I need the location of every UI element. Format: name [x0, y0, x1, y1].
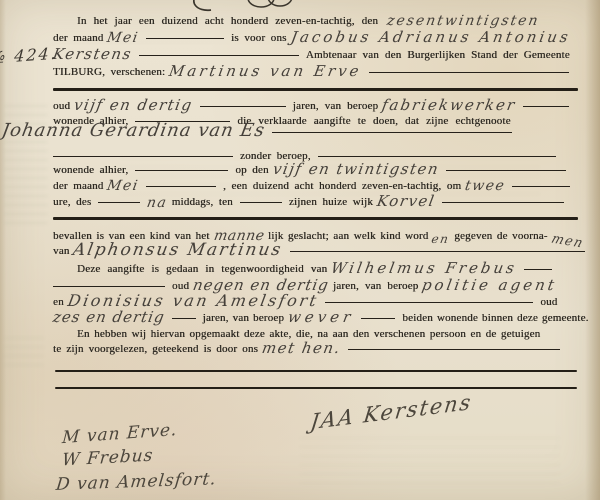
handwritten-witness2-name: Dionisius van Amelsfort	[67, 294, 320, 307]
handwritten-registrar-firstnames: Jacobus Adrianus Antonius	[289, 31, 571, 44]
section-rule-4	[55, 387, 577, 389]
printed-text: gegeven de voorna-	[454, 230, 547, 242]
handwritten-witness2-occupation: wever	[287, 311, 356, 324]
handwritten-met-hen: met hen.	[261, 342, 342, 355]
line-mother-name: Johanna Gerardina van Es	[2, 124, 515, 137]
line-time-place: ure, des na middags, ten zijnen huize wi…	[53, 194, 567, 209]
blank-rule	[53, 154, 233, 157]
blank-rule	[290, 249, 585, 252]
blank-rule	[348, 347, 560, 350]
line-child-name: van Alphonsus Martinus	[53, 243, 588, 258]
bleed-through-left	[4, 98, 48, 228]
printed-text: is voor ons	[231, 32, 286, 44]
handwritten-declarant-name: Martinus van Erve	[168, 65, 363, 78]
printed-text: lijk geslacht; aan welk kind word	[268, 230, 428, 242]
printed-text: middags, ten	[172, 196, 233, 208]
blank-rule	[98, 200, 140, 203]
blank-rule	[135, 168, 228, 171]
blank-rule	[139, 53, 299, 56]
line-witness1: Deze aangifte is gedaan in tegenwoordigh…	[77, 261, 555, 276]
handwritten-witness2-age: zes en dertig	[52, 311, 166, 324]
blank-rule	[200, 104, 286, 107]
printed-text: oud	[540, 296, 557, 308]
line-year-and-day: In het jaar een duizend acht honderd zev…	[77, 13, 540, 28]
blank-rule	[524, 267, 552, 270]
blank-rule	[446, 168, 566, 171]
printed-text: , een duizend acht honderd zeven-en-tach…	[223, 180, 461, 192]
handwritten-birth-month: Mei	[106, 180, 140, 193]
printed-text: jaren, van beroep	[203, 312, 284, 324]
line-witness2: en Dionisius van Amelsfort oud	[53, 294, 557, 309]
blank-rule	[146, 36, 224, 39]
printed-text: beiden wonende binnen deze gemeente.	[402, 312, 588, 324]
section-rule-3	[55, 370, 577, 372]
printed-text: Deze aangifte is gedaan in tegenwoordigh…	[77, 263, 327, 275]
line-registrar-title: Kerstens Ambtenaar van den Burgerlijken …	[53, 47, 570, 62]
blank-rule	[369, 70, 569, 73]
blank-rule	[361, 316, 395, 319]
printed-text: van	[53, 245, 69, 257]
signature-witness-3: D van Amelsfort.	[55, 469, 218, 495]
blank-rule	[325, 300, 533, 303]
printed-text: Ambtenaar van den Burgerlijken Stand der…	[306, 49, 570, 61]
bleed-through-left-2	[4, 330, 44, 370]
printed-text: wonende alhier,	[53, 164, 128, 176]
birth-certificate-scan: № 424. In het jaar een duizend acht hond…	[0, 0, 600, 500]
printed-text: ure, des	[53, 196, 91, 208]
printed-text: der maand	[53, 32, 103, 44]
signature-witness-declarant: M van Erve.	[61, 420, 178, 448]
bleed-through-bottom	[300, 430, 560, 490]
line-month-registrar: der maand Mei is voor ons Jacobus Adrian…	[53, 30, 570, 45]
blank-rule	[172, 316, 196, 319]
blank-rule	[512, 184, 570, 187]
blank-rule	[318, 154, 556, 157]
printed-text: jaren, van beroep	[293, 100, 378, 112]
handwritten-na: na	[146, 197, 169, 210]
blank-rule	[53, 284, 165, 287]
blank-rule	[272, 130, 512, 133]
section-rule-1	[53, 88, 578, 91]
handwritten-witness1-name: Wilhelmus Frebus	[330, 262, 518, 275]
signature-witness-2: W Frebus	[61, 446, 154, 471]
printed-text: In het jaar een duizend acht honderd zev…	[77, 15, 378, 27]
printed-text: oud	[53, 100, 70, 112]
blank-rule	[442, 200, 564, 203]
signature-registrar: JAA Kerstens	[309, 390, 474, 434]
line-birth-month-year-hour: der maand Mei , een duizend acht honderd…	[53, 178, 573, 193]
handwritten-hour: twee	[464, 180, 506, 193]
printed-text: en	[53, 296, 64, 308]
printed-text: te zijn voorgelezen, geteekend is door o…	[53, 343, 258, 355]
handwritten-district: Korvel	[376, 195, 436, 208]
handwritten-age: vijf en dertig	[73, 99, 194, 112]
handwritten-birth-day: vijf en twintigsten	[272, 163, 440, 176]
blank-rule	[240, 200, 282, 203]
line-municipality-declarant: TILBURG, verschenen: Martinus van Erve	[53, 64, 572, 79]
printed-text: TILBURG, verschenen:	[53, 66, 165, 78]
printed-text: zijnen huize wijk	[289, 196, 373, 208]
handwritten-witness1-occupation: politie agent	[421, 279, 558, 292]
line-closing-2: te zijn voorgelezen, geteekend is door o…	[53, 341, 563, 356]
handwritten-child-name: Alphonsus Martinus	[72, 244, 283, 257]
handwritten-registrar-surname: Kerstens	[52, 48, 133, 61]
handwritten-month: Mei	[106, 32, 140, 45]
section-rule-2	[53, 217, 578, 220]
line-birth-date: wonende alhier, op den vijf en twintigst…	[53, 162, 569, 177]
printed-text: jaren, van beroep	[333, 280, 418, 292]
handwritten-mother-name: Johanna Gerardina van Es	[1, 124, 266, 137]
handwritten-day: zesentwintigsten	[386, 15, 541, 28]
margin-act-number: № 424.	[0, 44, 58, 68]
printed-text: op den	[235, 164, 268, 176]
handwritten-occupation: fabriekwerker	[381, 99, 517, 112]
page-left-edge	[0, 0, 6, 500]
printed-text: der maand	[53, 180, 103, 192]
blank-rule	[146, 184, 216, 187]
line-witness2-age: zes en dertig jaren, van beroep wever be…	[53, 310, 589, 325]
blank-rule	[523, 104, 569, 107]
